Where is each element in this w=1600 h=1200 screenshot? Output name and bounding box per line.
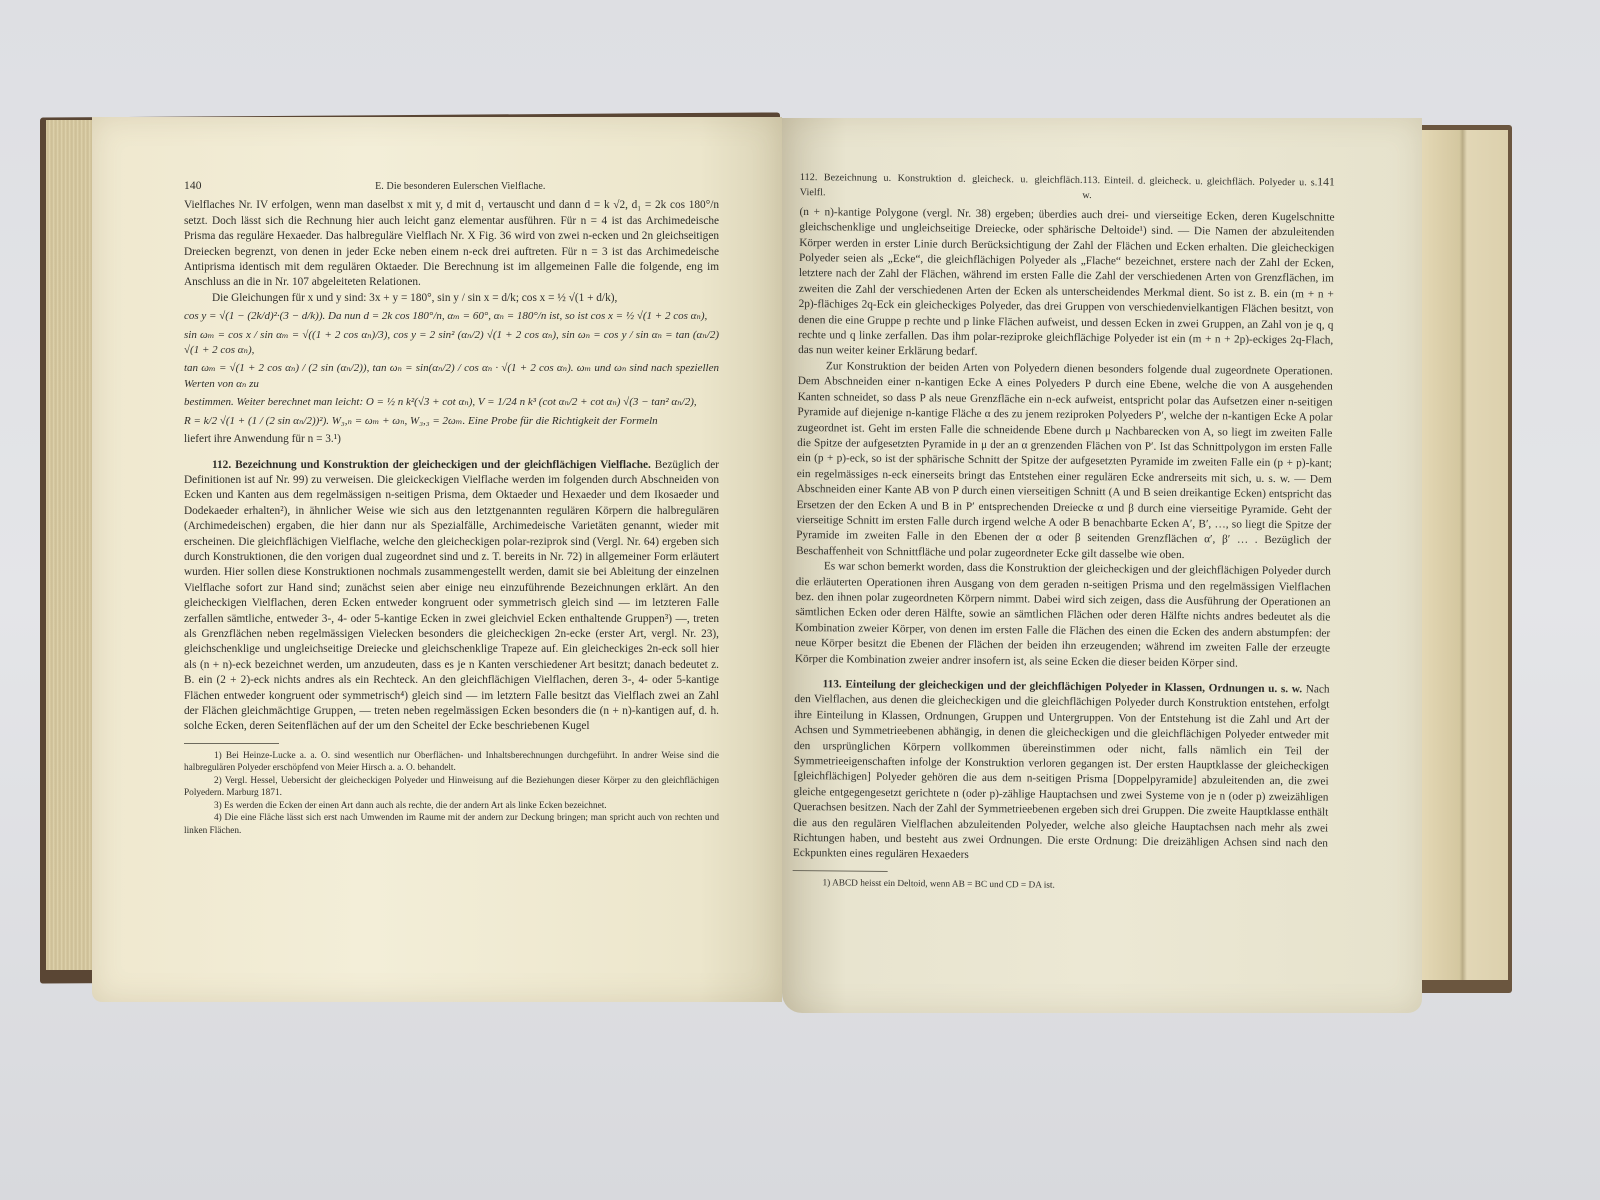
page-number-right: 141 bbox=[1317, 175, 1335, 206]
running-head-right: 113. Einteil. d. gleicheck. u. gleichflä… bbox=[1082, 173, 1317, 206]
footnote: 1) ABCD heisst ein Deltoid, wenn AB = BC… bbox=[792, 877, 1327, 895]
right-footnotes: 1) ABCD heisst ein Deltoid, wenn AB = BC… bbox=[792, 877, 1327, 895]
section-112-text: Bezüglich der Definitionen ist auf Nr. 9… bbox=[184, 459, 719, 733]
running-head-title: E. Die besonderen Eulerschen Vielflache. bbox=[375, 179, 545, 194]
right-page: 112. Bezeichnung u. Konstruktion d. glei… bbox=[782, 118, 1422, 1013]
running-head-left: 112. Bezeichnung u. Konstruktion d. glei… bbox=[800, 170, 1083, 204]
section-113-text: Nach den Vielflachen, aus denen die glei… bbox=[793, 683, 1330, 861]
right-page-content: 112. Bezeichnung u. Konstruktion d. glei… bbox=[792, 170, 1335, 895]
formula-conclusion: liefert ihre Anwendung für n = 3.¹) bbox=[184, 432, 719, 447]
left-page-content: 140 E. Die besonderen Eulerschen Vielfla… bbox=[184, 179, 719, 837]
page-block-left-edge bbox=[46, 120, 96, 970]
section-113: 113. Einteilung der gleicheckigen und de… bbox=[793, 677, 1330, 867]
footnote: 2) Vergl. Hessel, Uebersicht der gleiche… bbox=[184, 775, 719, 800]
section-113-number: 113. bbox=[823, 678, 842, 690]
formula-line: sin ωₘ = cos x / sin αₘ = √((1 + 2 cos α… bbox=[184, 328, 719, 359]
left-running-head: 140 E. Die besonderen Eulerschen Vielfla… bbox=[184, 179, 719, 194]
footnote-divider bbox=[793, 870, 888, 872]
left-page: 140 E. Die besonderen Eulerschen Vielfla… bbox=[92, 117, 782, 1002]
right-running-head: 112. Bezeichnung u. Konstruktion d. glei… bbox=[800, 170, 1335, 206]
footnote: 1) Bei Heinze-Lucke a. a. O. sind wesent… bbox=[184, 750, 719, 775]
footnote: 3) Es werden die Ecken der einen Art dan… bbox=[184, 800, 719, 813]
section-112-number: 112. bbox=[212, 459, 231, 471]
combination-paragraph: Es war schon bemerkt worden, dass die Ko… bbox=[795, 559, 1331, 672]
formula-line: tan ωₘ = √(1 + 2 cos αₙ) / (2 sin (αₙ/2)… bbox=[184, 361, 719, 392]
equations-intro: Die Gleichungen für x und y sind: 3x + y… bbox=[184, 291, 719, 306]
continuation-paragraph: (n + n)-kantige Polygone (vergl. Nr. 38)… bbox=[798, 205, 1335, 365]
formula-line: bestimmen. Weiter berechnet man leicht: … bbox=[184, 395, 719, 410]
intro-paragraph: Vielflaches Nr. IV erfolgen, wenn man da… bbox=[184, 198, 719, 290]
footnote-divider bbox=[184, 743, 279, 744]
page-number-left: 140 bbox=[184, 179, 202, 194]
construction-paragraph: Zur Konstruktion der beiden Arten von Po… bbox=[796, 359, 1333, 565]
left-footnotes: 1) Bei Heinze-Lucke a. a. O. sind wesent… bbox=[184, 750, 719, 838]
section-112: 112. Bezeichnung und Konstruktion der gl… bbox=[184, 458, 719, 735]
formula-line: R = k/2 √(1 + (1 / (2 sin αₙ/2))²). W₃,ₙ… bbox=[184, 414, 719, 429]
section-113-title: Einteilung der gleicheckigen und der gle… bbox=[845, 679, 1302, 696]
section-112-title: Bezeichnung und Konstruktion der gleiche… bbox=[235, 459, 651, 471]
formula-line: cos y = √(1 − (2k/d)²·(3 − d/k)). Da nun… bbox=[184, 309, 719, 324]
footnote: 4) Die eine Fläche lässt sich erst nach … bbox=[184, 812, 719, 837]
